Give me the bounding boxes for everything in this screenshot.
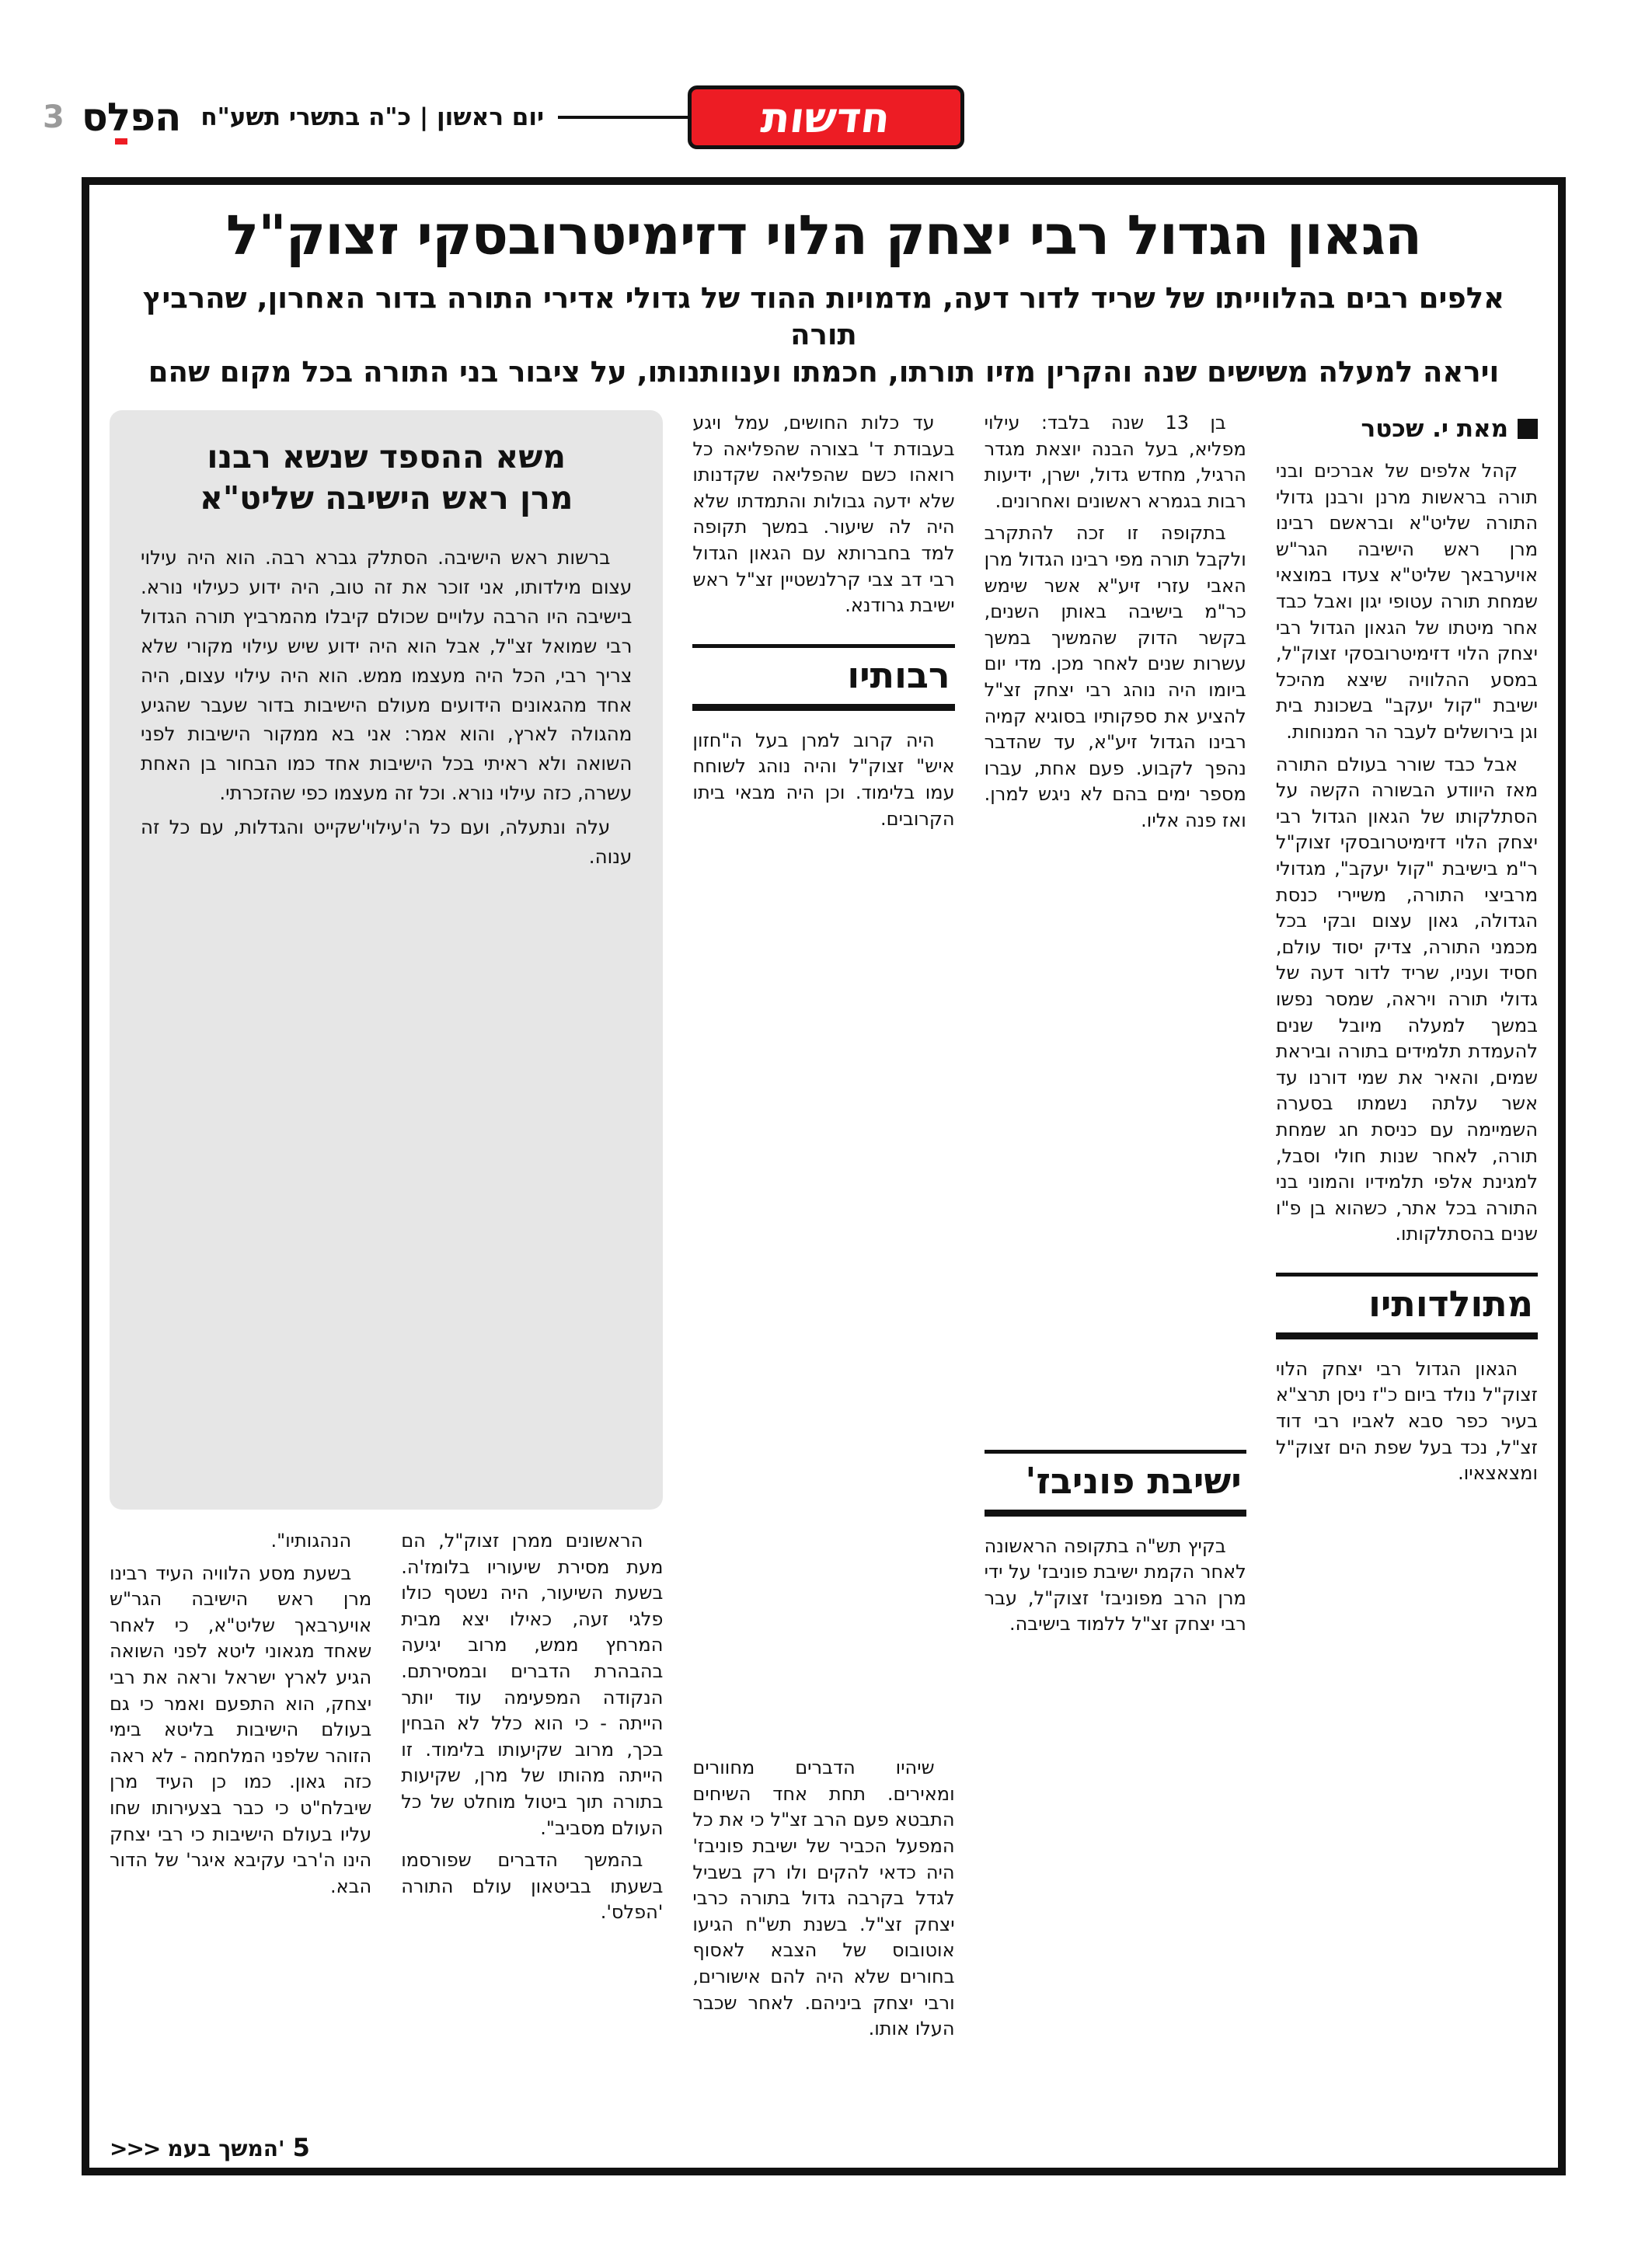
dateline: יום ראשון | כ"ה בתשרי תשע"ח: [200, 103, 544, 131]
section-heading-rabotav: רבותיו: [692, 644, 954, 711]
article-subhead: אלפים רבים בהלווייתו של שריד לדור דעה, מ…: [110, 280, 1538, 390]
eulogy-title-line-1: משא ההספד שנשא רבנו: [141, 437, 632, 478]
column-1: מאת י. שכטר קהל אלפים של אברכים ובני תור…: [1276, 410, 1538, 2162]
paragraph: בהמשך הדברים שפורסמו בשעתו בביטאון עולם …: [401, 1848, 663, 1926]
column-spacer: [692, 838, 954, 1755]
paragraph: עלה ונתעלה, ועם כל ה'עילוי'שקייט והגדלות…: [141, 813, 632, 872]
newspaper-logo: הפלס: [82, 95, 180, 140]
subhead-line-1: אלפים רבים בהלווייתו של שריד לדור דעה, מ…: [110, 280, 1538, 354]
paragraph: שיהיו הדברים מחוורים ומאירים. תחת אחד הש…: [692, 1755, 954, 2043]
subhead-line-2: ויראה למעלה משישים שנה והקרין מזיו תורתו…: [110, 354, 1538, 390]
article-body: מאת י. שכטר קהל אלפים של אברכים ובני תור…: [110, 410, 1538, 2162]
byline-text: מאת י. שכטר: [1361, 415, 1508, 443]
paragraph: בן 13 שנה בלבד: עילוי מפליא, בעל הבנה יו…: [985, 410, 1246, 514]
paragraph: קהל אלפים של אברכים ובני תורה בראשות מרנ…: [1276, 458, 1538, 746]
header-rule: [558, 116, 688, 119]
article-headline: הגאון הגדול רבי יצחק הלוי דזימיטרובסקי ז…: [110, 204, 1538, 267]
paragraph: בקיץ תש"ה בתקופה הראשונה לאחר הקמת ישיבת…: [985, 1534, 1246, 1638]
column-spacer: [985, 841, 1246, 1431]
column-5-below-box: הנהגותיו". בשעת מסע הלוויה העיד רבינו מר…: [110, 1528, 371, 2162]
byline: מאת י. שכטר: [1276, 415, 1538, 443]
eulogy-box: משא ההספד שנשא רבנו מרן ראש הישיבה שליט"…: [110, 410, 663, 1510]
newspaper-page: { "colors": { "accent_red": "#ED1C24", "…: [0, 0, 1652, 2264]
continuation-arrows-icon: >>>: [110, 2136, 159, 2161]
continuation-page-number: 5: [293, 2133, 310, 2162]
paragraph: הגאון הגדול רבי יצחק הלוי זצוק"ל נולד בי…: [1276, 1357, 1538, 1487]
paragraph: היה קרוב למרן בעל ה"חזון איש" זצוק"ל והי…: [692, 728, 954, 832]
section-badge: חדשות: [688, 85, 964, 149]
article-frame: הגאון הגדול רבי יצחק הלוי דזימיטרובסקי ז…: [82, 177, 1566, 2175]
section-badge-label: חדשות: [759, 93, 894, 142]
paragraph: הנהגותיו".: [110, 1528, 371, 1555]
section-heading-ponevezh: ישיבת פוניבז': [985, 1450, 1246, 1517]
logo-text: הפלס: [82, 95, 180, 140]
paragraph: ברשות ראש הישיבה. הסתלק גברא רבה. הוא הי…: [141, 543, 632, 809]
paragraph: אבל כבד שורר בעולם התורה מאז היוודע הבשו…: [1276, 752, 1538, 1248]
paragraph: בתקופה זו זכה להתקרב ולקבל תורה מפי רבינ…: [985, 521, 1246, 834]
byline-bullet-icon: [1518, 419, 1538, 439]
eulogy-box-title: משא ההספד שנשא רבנו מרן ראש הישיבה שליט"…: [141, 437, 632, 520]
column-2: בן 13 שנה בלבד: עילוי מפליא, בעל הבנה יו…: [985, 410, 1246, 2162]
paragraph: בשעת מסע הלוויה העיד רבינו מרן ראש הישיב…: [110, 1561, 371, 1900]
paragraph: הראשונים ממרן זצוק"ל, הם מעת מסירת שיעור…: [401, 1528, 663, 1841]
column-3: עד כלות החושים, עמל ויגע בעבודת ד' בצורה…: [692, 410, 954, 2162]
section-heading-toldotav: מתולדותיו: [1276, 1273, 1538, 1339]
logo-red-accent-icon: [115, 138, 127, 145]
eulogy-title-line-2: מרן ראש הישיבה שליט"א: [141, 478, 632, 519]
paragraph: עד כלות החושים, עמל ויגע בעבודת ד' בצורה…: [692, 410, 954, 619]
continued-on-page-note: >>> המשך בעמ' 5: [110, 2117, 371, 2162]
top-bar: 3 הפלס יום ראשון | כ"ה בתשרי תשע"ח חדשות: [0, 75, 1652, 160]
continuation-label: המשך בעמ': [167, 2136, 284, 2161]
column-4-below-box: הראשונים ממרן זצוק"ל, הם מעת מסירת שיעור…: [401, 1528, 663, 2162]
page-number: 3: [43, 99, 64, 135]
